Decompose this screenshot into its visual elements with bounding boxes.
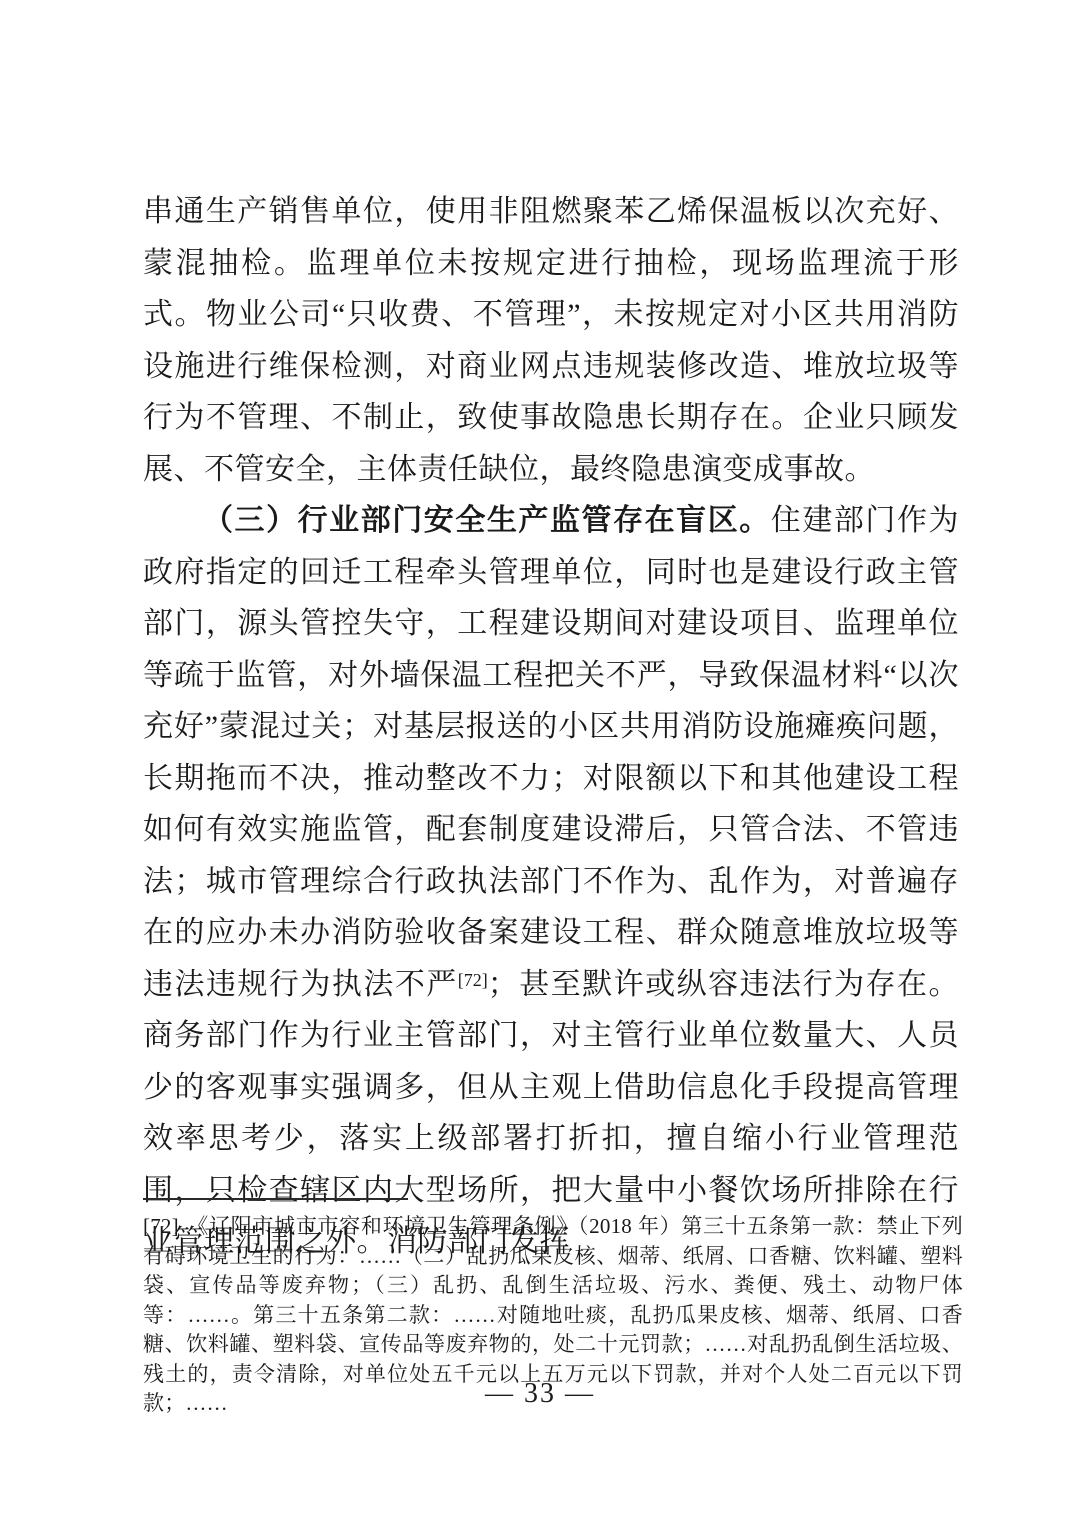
- paragraph-section-3: （三）行业部门安全生产监管存在盲区。住建部门作为政府指定的回迁工程牵头管理单位，…: [143, 495, 959, 1268]
- section-heading: （三）行业部门安全生产监管存在盲区。: [203, 504, 771, 537]
- paragraph-continued: 串通生产销售单位，使用非阻燃聚苯乙烯保温板以次充好、蒙混抽检。监理单位未按规定进…: [143, 186, 959, 495]
- document-page: 串通生产销售单位，使用非阻燃聚苯乙烯保温板以次充好、蒙混抽检。监理单位未按规定进…: [0, 0, 1080, 1527]
- footnote-marker: [72]: [143, 1214, 187, 1238]
- body-text: 串通生产销售单位，使用非阻燃聚苯乙烯保温板以次充好、蒙混抽检。监理单位未按规定进…: [143, 186, 959, 1268]
- footnote-ref-marker: [72]: [458, 969, 488, 989]
- section-body-before-ref: 住建部门作为政府指定的回迁工程牵头管理单位，同时也是建设行政主管部门，源头管控失…: [143, 504, 959, 1001]
- footnote-separator: [143, 1198, 408, 1200]
- page-number: — 33 —: [0, 1378, 1080, 1410]
